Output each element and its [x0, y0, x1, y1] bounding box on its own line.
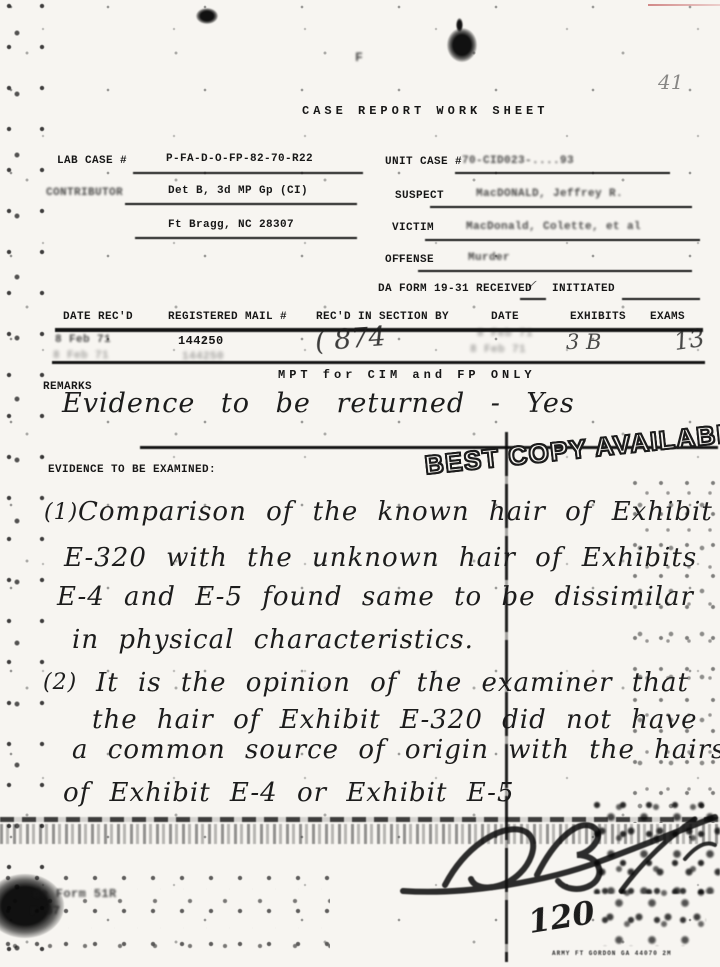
suspect-label: SUSPECT	[395, 190, 444, 202]
cell-exhibits: 3 B	[566, 330, 601, 354]
restriction-banner: MPT for CIM and FP ONLY	[278, 368, 536, 382]
col-header-exhibits: EXHIBITS	[570, 311, 626, 323]
received-checkmark: ✓	[526, 278, 537, 293]
stray-mark: F	[355, 50, 363, 65]
right-edge-noise	[628, 478, 720, 823]
contributor-value: Det B, 3d MP Gp (CI)	[168, 185, 308, 197]
initiated-label: INITIATED	[552, 283, 615, 295]
top-red-scan-line	[648, 4, 720, 6]
scanned-document-page: F 41 CASE REPORT WORK SHEET LAB CASE # P…	[0, 0, 720, 967]
underline	[135, 237, 357, 239]
underline	[430, 206, 692, 208]
lab-case-label: LAB CASE #	[57, 155, 127, 167]
contributor-label: CONTRIBUTOR	[46, 187, 123, 199]
victim-label: VICTIM	[392, 222, 434, 234]
underline	[133, 172, 363, 174]
unit-case-value: 70-CID023-....93	[462, 155, 574, 167]
ink-blob	[447, 28, 477, 62]
underline	[455, 172, 670, 174]
offense-value: Murder	[468, 252, 510, 264]
unit-case-label: UNIT CASE #	[385, 156, 462, 168]
cell-recd-in-section-by: ( 874	[314, 322, 387, 358]
table-bottom-rule	[52, 361, 705, 364]
paragraph-2-line-2: the hair of Exhibit E-320 did not have	[92, 705, 697, 735]
ink-blob	[196, 8, 218, 24]
paragraph-1-number: (1)	[44, 500, 78, 525]
lab-case-value: P-FA-D-O-FP-82-70-R22	[166, 153, 313, 165]
top-right-pencil-mark: 41	[658, 70, 683, 94]
cell-exams: 13	[672, 324, 706, 356]
document-title: CASE REPORT WORK SHEET	[302, 104, 548, 118]
evidence-heading: EVIDENCE TO BE EXAMINED:	[48, 464, 216, 476]
underline	[520, 298, 546, 300]
victim-value: MacDonald, Colette, et al	[466, 221, 641, 233]
cell-registered-mail: 144250	[178, 334, 224, 348]
paragraph-1-line-1: Comparison of the known hair of Exhibit	[78, 497, 713, 527]
examiner-signature	[393, 803, 718, 903]
ink-blob	[456, 18, 463, 32]
col-header-date-recd: DATE REC'D	[63, 311, 133, 323]
paragraph-1-line-2: E-320 with the unknown hair of Exhibits	[64, 543, 697, 573]
offense-label: OFFENSE	[385, 254, 434, 266]
col-header-exams: EXAMS	[650, 311, 685, 323]
cell-date-recd: 8 Feb 71	[55, 334, 111, 346]
form-edition-date: r 67	[30, 904, 60, 918]
best-copy-available-stamp: BEST COPY AVAILABLE	[423, 416, 720, 481]
remarks-note-handwriting: Evidence to be returned - Yes	[62, 388, 575, 419]
col-header-registered-mail: REGISTERED MAIL #	[168, 311, 287, 323]
underline	[622, 298, 700, 300]
underline	[418, 270, 692, 272]
cell-date-ghost: 8 Feb 71	[470, 344, 526, 356]
form-number: de Form 51R	[33, 887, 117, 901]
paragraph-1-line-4: in physical characteristics.	[72, 625, 474, 655]
paragraph-2-number: (2)	[43, 670, 77, 695]
paragraph-1-line-3: E-4 and E-5 found same to be dissimilar	[57, 582, 694, 612]
printer-imprint-line: ARMY FT GORDON GA 44070 2M	[552, 950, 672, 957]
paragraph-2-line-3: a common source of origin with the hairs	[72, 735, 720, 765]
col-header-date: DATE	[491, 311, 519, 323]
contributor-address: Ft Bragg, NC 28307	[168, 219, 294, 231]
paragraph-2-line-1: It is the opinion of the examiner that	[96, 668, 689, 698]
underline	[125, 203, 357, 205]
da-form-label: DA FORM 19-31 RECEIVED	[378, 283, 532, 295]
suspect-value: MacDONALD, Jeffrey R.	[476, 188, 623, 200]
cell-date: 8 Feb 71	[477, 328, 533, 340]
underline	[425, 239, 700, 241]
